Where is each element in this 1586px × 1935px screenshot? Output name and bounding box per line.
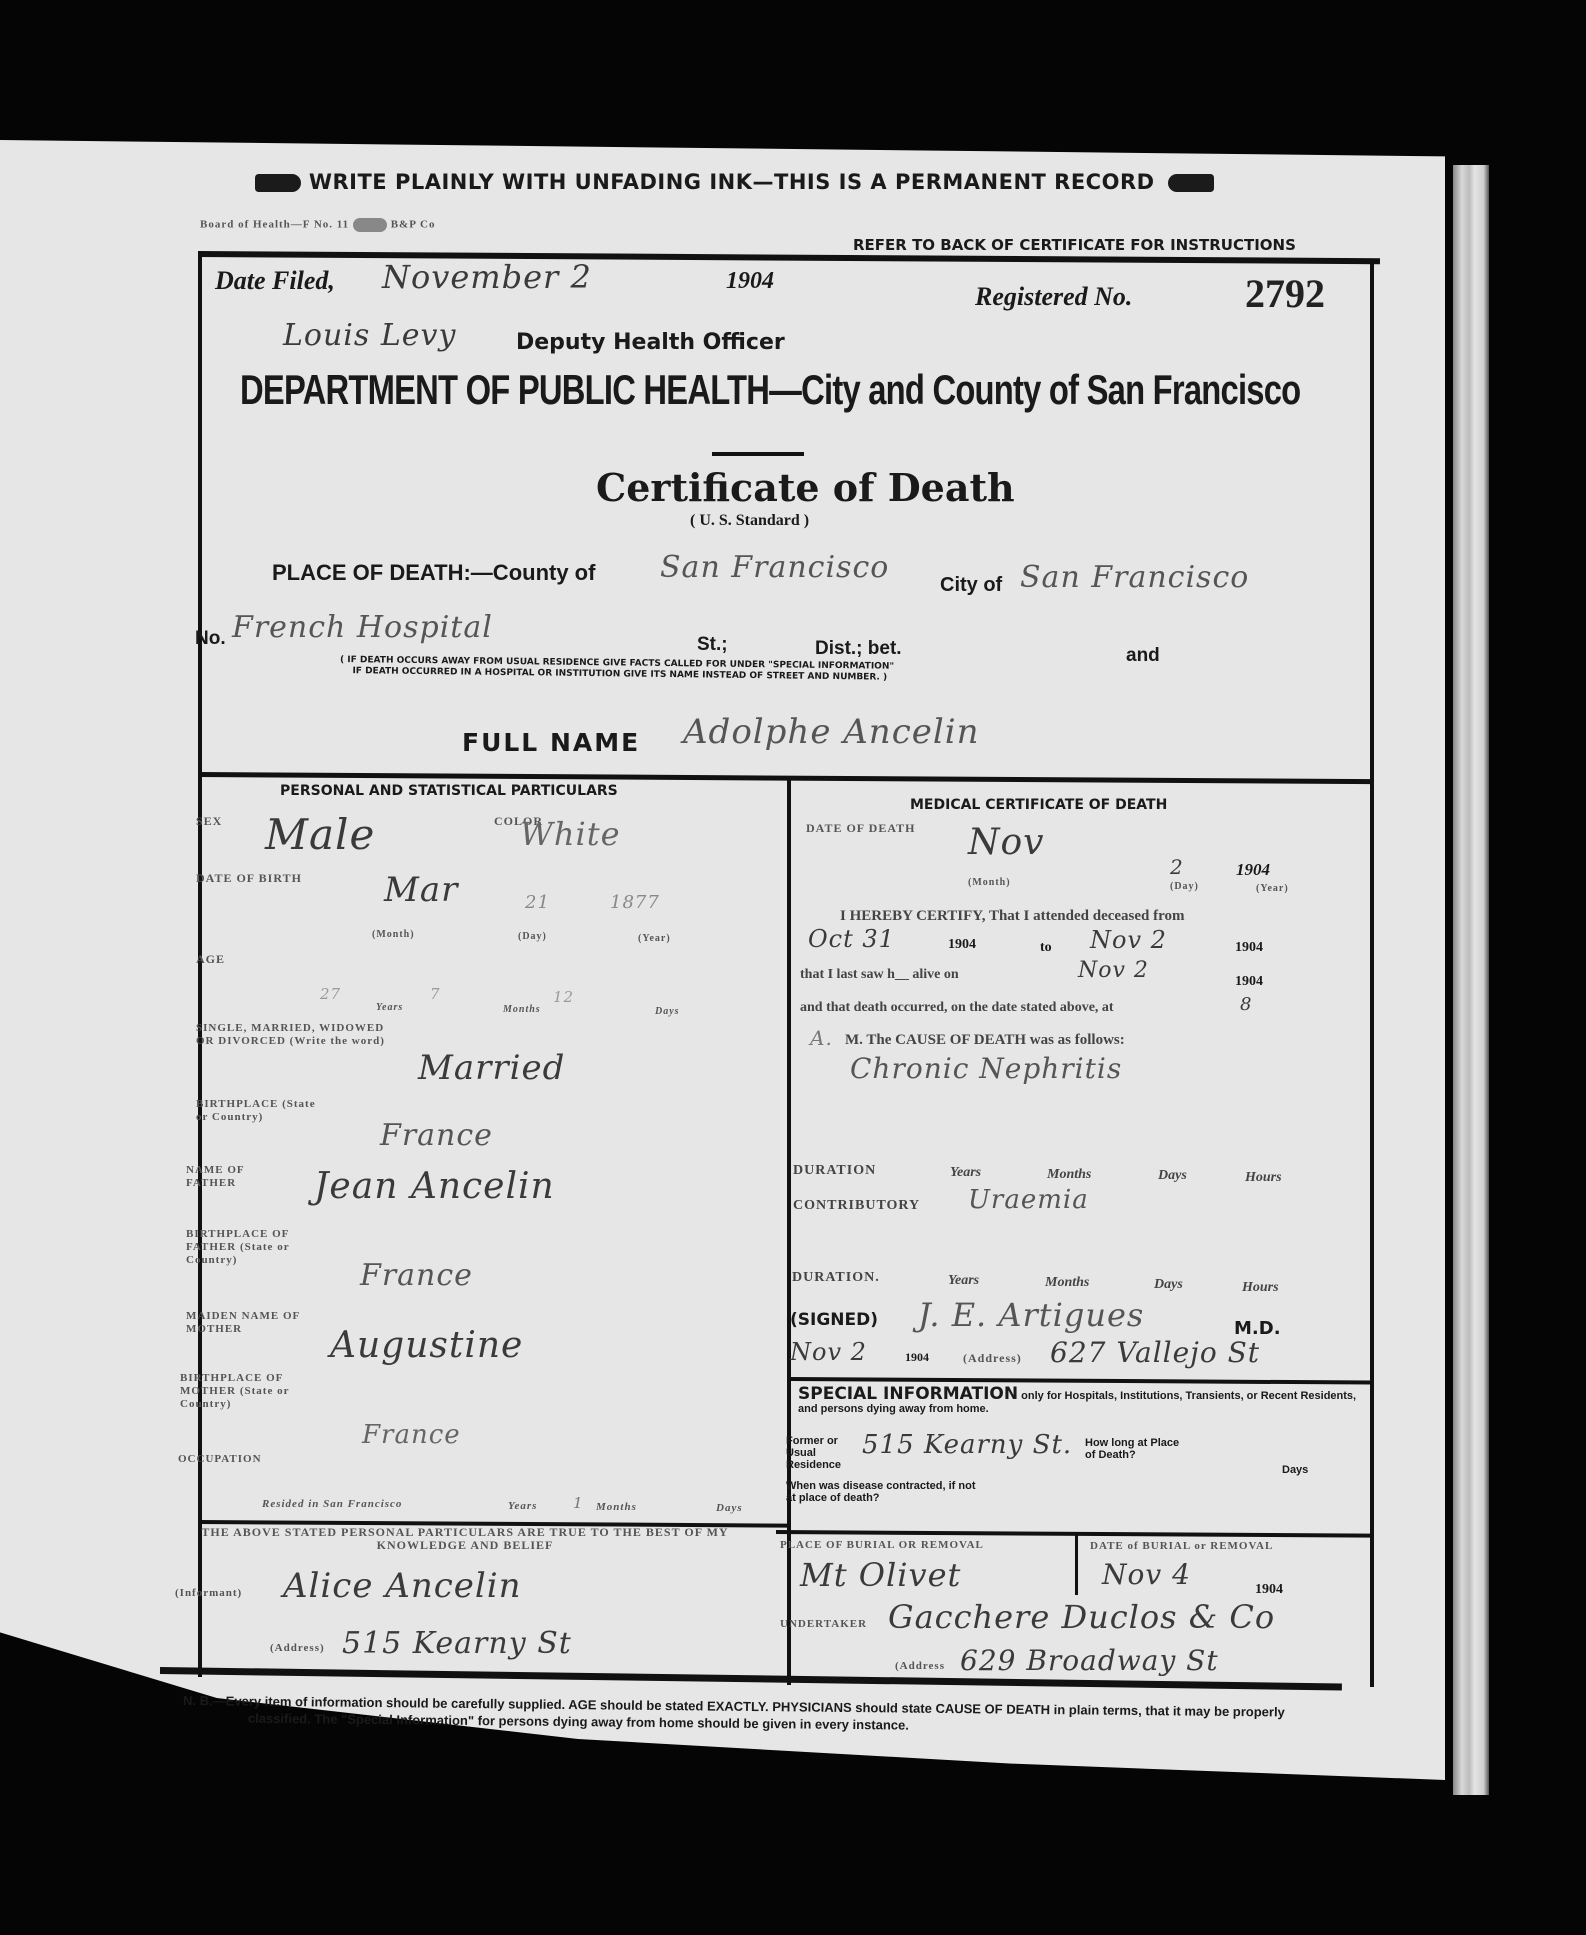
last-saw-text: that I last saw h__ alive on [800,967,959,983]
age-label: AGE [196,953,225,966]
printer-seal-icon [353,218,387,232]
undertaker-address-label: (Address [895,1660,945,1673]
resided-days-caption: Days [716,1502,743,1515]
informant-attestation: THE ABOVE STATED PERSONAL PARTICULARS AR… [175,1526,755,1552]
burial-place-label: PLACE OF BURIAL OR REMOVAL [780,1539,984,1552]
institution-value: French Hospital [232,610,493,645]
date-filed-value: November 2 [382,258,592,296]
resided-months-caption: Months [596,1501,637,1514]
birthplace-value: France [380,1118,493,1153]
father-birthplace-label: BIRTHPLACE OF FATHER (State or Country) [186,1228,316,1267]
full-name-label: FULL NAME [462,728,640,757]
officer-title: Deputy Health Officer [516,330,785,355]
attended-from: Oct 31 [808,925,895,953]
death-month-caption: (Month) [968,876,1011,889]
form-ref-left: Board of Health—F No. 11 [200,219,349,231]
duration-months: Months [1047,1167,1091,1183]
resided-years-caption: Years [508,1500,537,1513]
instructions-note: REFER TO BACK OF CERTIFICATE FOR INSTRUC… [853,236,1296,254]
how-long-days-label: Days [1282,1464,1308,1476]
pointing-hand-icon [1168,174,1214,192]
dob-year: 1877 [610,892,660,913]
undertaker-label: UNDERTAKER [780,1618,867,1631]
full-name-value: Adolphe Ancelin [683,712,980,752]
city-label: City of [940,574,1002,597]
burial-column-divider [1075,1535,1078,1595]
pointing-hand-icon [255,174,301,192]
certificate-title: Certificate of Death [596,465,1015,510]
physician-signature: J. E. Artigues [918,1296,1144,1334]
age-months: 7 [430,985,441,1003]
attended-to: Nov 2 [1090,926,1167,954]
informant-name: Alice Ancelin [283,1566,522,1606]
personal-heading: PERSONAL AND STATISTICAL PARTICULARS [280,783,618,799]
death-year-caption: (Year) [1256,882,1289,895]
and-label: and [1126,645,1160,667]
signed-year: 1904 [905,1350,929,1365]
banner-text: WRITE PLAINLY WITH UNFADING INK—THIS IS … [309,170,1155,194]
undertaker-address: 629 Broadway St [960,1644,1219,1677]
dob-month-caption: (Month) [372,928,415,941]
filed-year: 1904 [726,268,774,295]
street-no-label: No. [195,628,226,650]
resided-years: 1 [573,1494,584,1512]
mother-birthplace-value: France [362,1420,461,1450]
age-years-caption: Years [376,1001,403,1014]
date-of-death-label: DATE OF DEATH [806,822,915,835]
burial-year: 1904 [1255,1582,1283,1598]
age-days-caption: Days [655,1005,680,1018]
father-value: Jean Ancelin [314,1166,555,1207]
district-label: Dist.; bet. [815,638,902,660]
burial-date: Nov 4 [1102,1558,1191,1591]
occurred-text: and that death occurred, on the date sta… [800,1000,1114,1016]
marital-value: Married [418,1048,565,1088]
date-filed-label: Date Filed, [215,266,335,296]
ledger-binding [1453,165,1489,1795]
special-heading: SPECIAL INFORMATION [798,1384,1018,1404]
burial-place: Mt Olivet [800,1556,961,1594]
registered-label: Registered No. [975,282,1132,312]
age-years: 27 [320,985,341,1003]
banner: WRITE PLAINLY WITH UNFADING INK—THIS IS … [255,170,1214,194]
form-ref-right: B&P Co [391,219,436,231]
standard-subtitle: ( U. S. Standard ) [690,512,809,530]
death-day-caption: (Day) [1170,880,1199,893]
dob-label: DATE OF BIRTH [196,872,302,885]
signed-date: Nov 2 [790,1338,867,1366]
sex-label: SEX [196,815,222,828]
dob-year-caption: (Year) [638,932,671,945]
duration-hours: Hours [1245,1170,1282,1186]
dob-month: Mar [384,870,458,910]
street-label: St.; [697,634,728,656]
mother-value: Augustine [330,1325,523,1366]
cause-of-death: Chronic Nephritis [850,1052,1122,1085]
resided-label: Resided in San Francisco [262,1498,402,1511]
duration2-months: Months [1045,1275,1089,1291]
dob-day-caption: (Day) [518,930,547,943]
duration2-hours: Hours [1242,1280,1279,1296]
death-year: 1904 [1236,860,1270,880]
duration2-label: DURATION. [792,1270,880,1286]
contributory-label: CONTRIBUTORY [793,1198,920,1214]
department-title: DEPARTMENT OF PUBLIC HEALTH—City and Cou… [240,366,1300,414]
dob-day: 21 [525,892,550,913]
form-reference: Board of Health—F No. 11 B&P Co [200,218,436,232]
death-month: Nov [968,822,1045,863]
sex-value: Male [265,810,375,859]
birthplace-label: BIRTHPLACE (State or Country) [196,1098,326,1124]
residence-label: Former or Usual Residence [786,1435,861,1471]
death-meridiem: A. [810,1026,833,1050]
certify-text: I HEREBY CERTIFY, That I attended deceas… [840,908,1185,925]
contracted-label: When was disease contracted, if not at p… [786,1480,986,1504]
attended-from-year: 1904 [948,937,976,953]
death-day: 2 [1170,855,1184,879]
to-label: to [1040,940,1052,956]
undertaker-name: Gacchere Duclos & Co [888,1598,1275,1636]
duration2-years: Years [948,1273,979,1289]
officer-signature: Louis Levy [283,318,456,353]
form-right-border [1370,262,1374,1687]
how-long-label: How long at Place of Death? [1085,1437,1185,1461]
duration-days: Days [1158,1168,1187,1184]
duration2-days: Days [1154,1277,1183,1293]
last-saw-date: Nov 2 [1078,958,1149,983]
medical-heading: MEDICAL CERTIFICATE OF DEATH [910,797,1167,813]
color-value: White [520,815,621,853]
county-value: San Francisco [660,550,889,585]
cause-text: M. The CAUSE OF DEATH was as follows: [845,1032,1125,1049]
duration-label: DURATION [793,1163,876,1179]
last-saw-year: 1904 [1235,974,1263,990]
marital-label: SINGLE, MARRIED, WIDOWED OR DIVORCED (Wr… [196,1022,406,1048]
informant-label: (Informant) [175,1587,242,1600]
residence-value: 515 Kearny St. [862,1430,1072,1460]
age-months-caption: Months [503,1003,541,1016]
registered-number: 2792 [1245,270,1325,317]
attended-to-year: 1904 [1235,940,1263,956]
mother-label: MAIDEN NAME OF MOTHER [186,1310,306,1336]
title-divider [712,452,804,456]
father-label: NAME OF FATHER [186,1164,276,1190]
place-of-death-label: PLACE OF DEATH:—County of [272,560,595,586]
death-time: 8 [1240,994,1252,1015]
father-birthplace-value: France [360,1258,473,1293]
age-days: 12 [553,988,574,1006]
contributory-value: Uraemia [968,1185,1089,1215]
informant-address: 515 Kearny St [342,1626,572,1661]
mother-birthplace-label: BIRTHPLACE OF MOTHER (State or Country) [180,1372,315,1411]
physician-address: 627 Vallejo St [1050,1336,1260,1369]
informant-address-label: (Address) [270,1642,325,1655]
duration-years: Years [950,1165,981,1181]
special-heading-block: SPECIAL INFORMATION only for Hospitals, … [798,1388,1358,1416]
signed-label: (SIGNED) [790,1310,878,1330]
physician-address-label: (Address) [963,1352,1022,1365]
city-value: San Francisco [1020,560,1249,595]
occupation-label: OCCUPATION [178,1453,262,1466]
burial-date-label: DATE of BURIAL or REMOVAL [1090,1540,1273,1553]
